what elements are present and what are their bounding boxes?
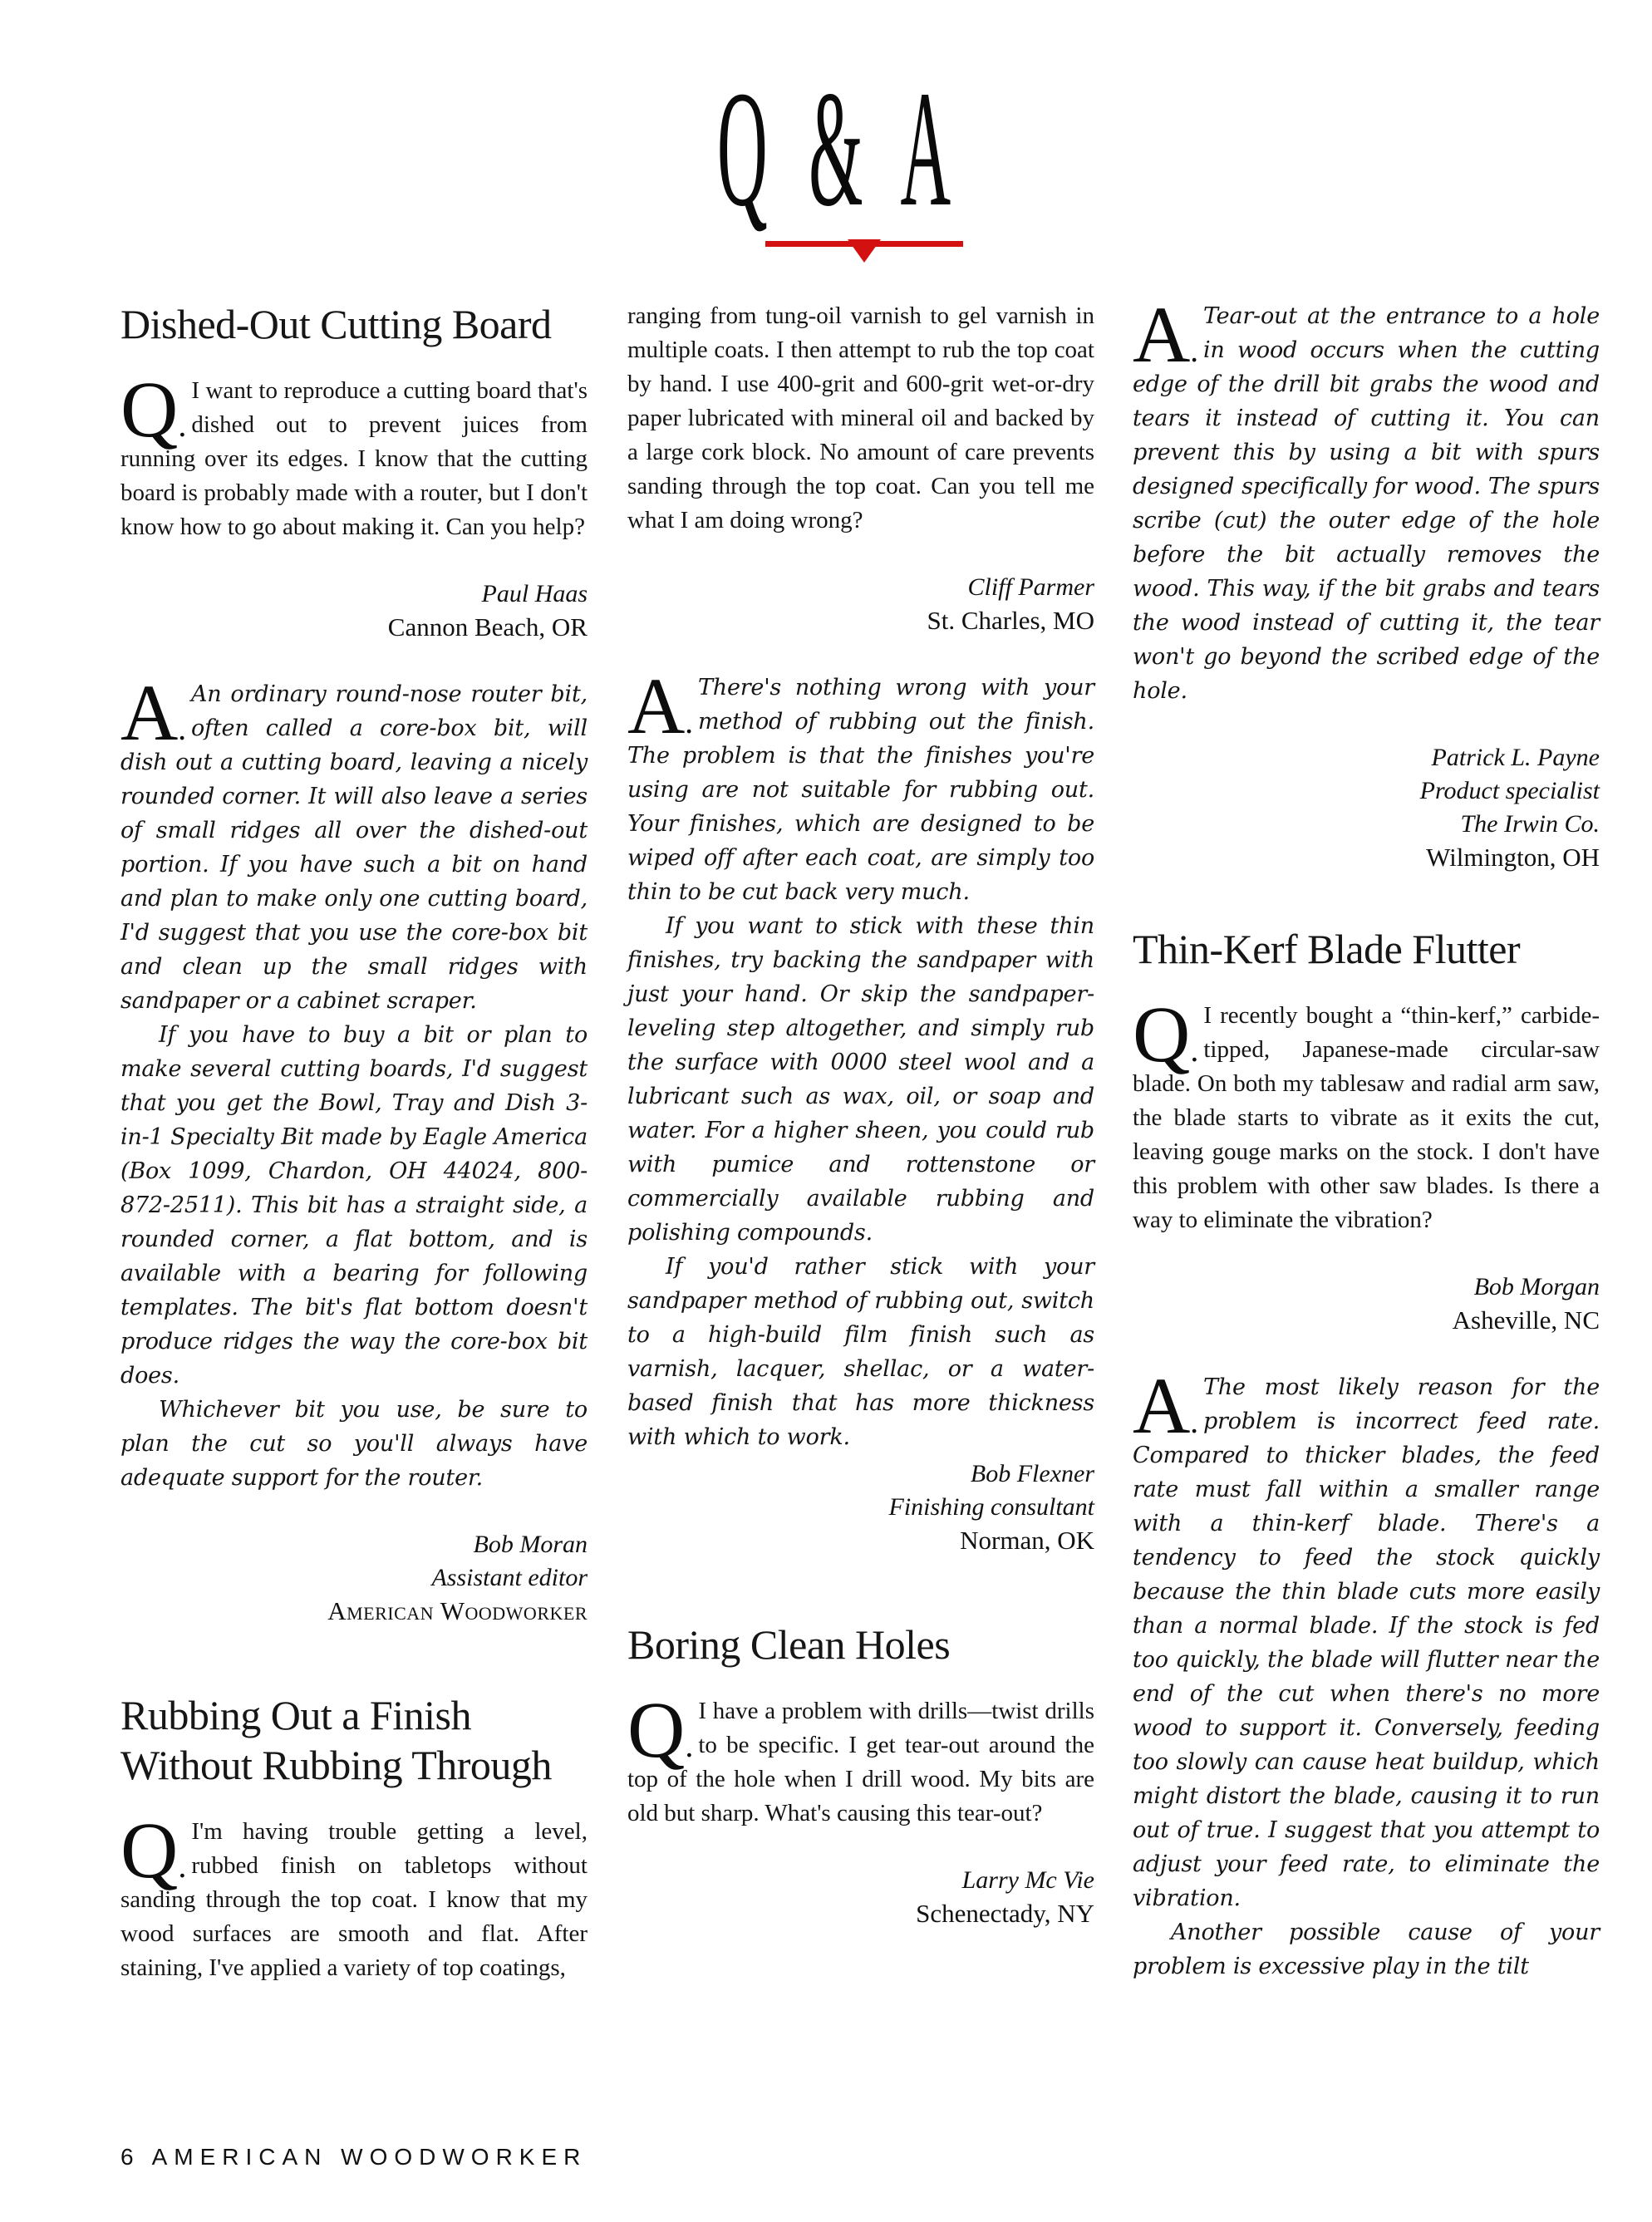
author-role: Finishing consultant bbox=[627, 1491, 1094, 1524]
answer-marker: A. bbox=[627, 674, 693, 739]
question-signature: Paul Haas Cannon Beach, OR bbox=[120, 578, 588, 644]
author-organization: American Woodworker bbox=[120, 1595, 588, 1628]
question-signature: Larry Mc Vie Schenectady, NY bbox=[627, 1864, 1094, 1930]
question-paragraph: Q.I recently bought a “thin-kerf,” carbi… bbox=[1133, 999, 1600, 1237]
author-location: Norman, OK bbox=[627, 1524, 1094, 1557]
author-name: Cliff Parmer bbox=[627, 571, 1094, 604]
page-footer: 6AMERICAN WOODWORKER bbox=[120, 2144, 587, 2170]
author-name: Larry Mc Vie bbox=[627, 1864, 1094, 1897]
question-signature: Bob Morgan Asheville, NC bbox=[1133, 1271, 1600, 1337]
section-title: Q & A bbox=[717, 79, 962, 220]
answer-paragraph: If you have to buy a bit or plan to make… bbox=[120, 1018, 588, 1393]
answer-paragraph: A.An ordinary round-nose router bit, oft… bbox=[120, 677, 588, 1018]
question-paragraph: Q.I have a problem with drills—twist dri… bbox=[627, 1694, 1094, 1831]
answer-signature: Patrick L. Payne Product specialist The … bbox=[1133, 741, 1600, 874]
author-location: St. Charles, MO bbox=[627, 604, 1094, 637]
column-3: A.Tear-out at the entrance to a hole in … bbox=[1133, 299, 1600, 1984]
answer-paragraph: A.Tear-out at the entrance to a hole in … bbox=[1133, 299, 1600, 708]
article-rubbing-out-a-finish-continued: ranging from tung-oil varnish to gel var… bbox=[627, 299, 1094, 1557]
answer-signature: Bob Moran Assistant editor American Wood… bbox=[120, 1528, 588, 1628]
article-headline: Boring Clean Holes bbox=[627, 1620, 1094, 1669]
answer-marker: A. bbox=[120, 681, 186, 745]
answer-paragraph: A.The most likely reason for the problem… bbox=[1133, 1370, 1600, 1915]
question-marker: Q. bbox=[120, 1818, 186, 1883]
question-signature: Cliff Parmer St. Charles, MO bbox=[627, 571, 1094, 637]
author-location: Asheville, NC bbox=[1133, 1304, 1600, 1337]
article-thin-kerf-blade-flutter: Thin-Kerf Blade Flutter Q.I recently bou… bbox=[1133, 924, 1600, 1984]
answer-paragraph: Another possible cause of your problem i… bbox=[1133, 1915, 1600, 1984]
article-boring-clean-holes-answer: A.Tear-out at the entrance to a hole in … bbox=[1133, 299, 1600, 874]
question-marker: Q. bbox=[627, 1698, 693, 1762]
author-role: Assistant editor bbox=[120, 1561, 588, 1595]
publication-name: AMERICAN WOODWORKER bbox=[152, 2144, 588, 2170]
answer-signature: Bob Flexner Finishing consultant Norman,… bbox=[627, 1458, 1094, 1557]
author-role: Product specialist bbox=[1133, 774, 1600, 808]
author-name: Bob Morgan bbox=[1133, 1271, 1600, 1304]
down-triangle-icon bbox=[848, 239, 881, 263]
answer-paragraph: If you want to stick with these thin fin… bbox=[627, 909, 1094, 1250]
article-boring-clean-holes: Boring Clean Holes Q.I have a problem wi… bbox=[627, 1620, 1094, 1930]
answer-marker: A. bbox=[1133, 302, 1198, 367]
article-headline: Dished-Out Cutting Board bbox=[120, 299, 588, 349]
author-name: Bob Moran bbox=[120, 1528, 588, 1561]
column-1: Dished-Out Cutting Board Q.I want to rep… bbox=[120, 299, 588, 1985]
article-headline: Thin-Kerf Blade Flutter bbox=[1133, 924, 1600, 974]
question-paragraph: Q.I'm having trouble getting a level, ru… bbox=[120, 1815, 588, 1985]
answer-marker: A. bbox=[1133, 1374, 1198, 1438]
question-marker: Q. bbox=[1133, 1002, 1198, 1067]
question-paragraph-continued: ranging from tung-oil varnish to gel var… bbox=[627, 299, 1094, 538]
answer-paragraph: If you'd rather stick with your sandpape… bbox=[627, 1250, 1094, 1454]
answer-paragraph: A.There's nothing wrong with your method… bbox=[627, 671, 1094, 909]
author-location: Schenectady, NY bbox=[627, 1897, 1094, 1930]
answer-paragraph: Whichever bit you use, be sure to plan t… bbox=[120, 1393, 588, 1495]
author-name: Bob Flexner bbox=[627, 1458, 1094, 1491]
article-dished-out-cutting-board: Dished-Out Cutting Board Q.I want to rep… bbox=[120, 299, 588, 1628]
question-marker: Q. bbox=[120, 377, 186, 442]
author-location: Cannon Beach, OR bbox=[120, 611, 588, 644]
author-location: Wilmington, OH bbox=[1133, 841, 1600, 874]
column-2: ranging from tung-oil varnish to gel var… bbox=[627, 299, 1094, 1930]
article-headline: Rubbing Out a Finish Without Rubbing Thr… bbox=[120, 1690, 588, 1790]
article-rubbing-out-a-finish: Rubbing Out a Finish Without Rubbing Thr… bbox=[120, 1690, 588, 1985]
author-name: Paul Haas bbox=[120, 578, 588, 611]
masthead: Q & A bbox=[0, 79, 1652, 220]
question-paragraph: Q.I want to reproduce a cutting board th… bbox=[120, 374, 588, 544]
author-name: Patrick L. Payne bbox=[1133, 741, 1600, 774]
author-organization: The Irwin Co. bbox=[1133, 808, 1600, 841]
page-number: 6 bbox=[120, 2144, 134, 2170]
